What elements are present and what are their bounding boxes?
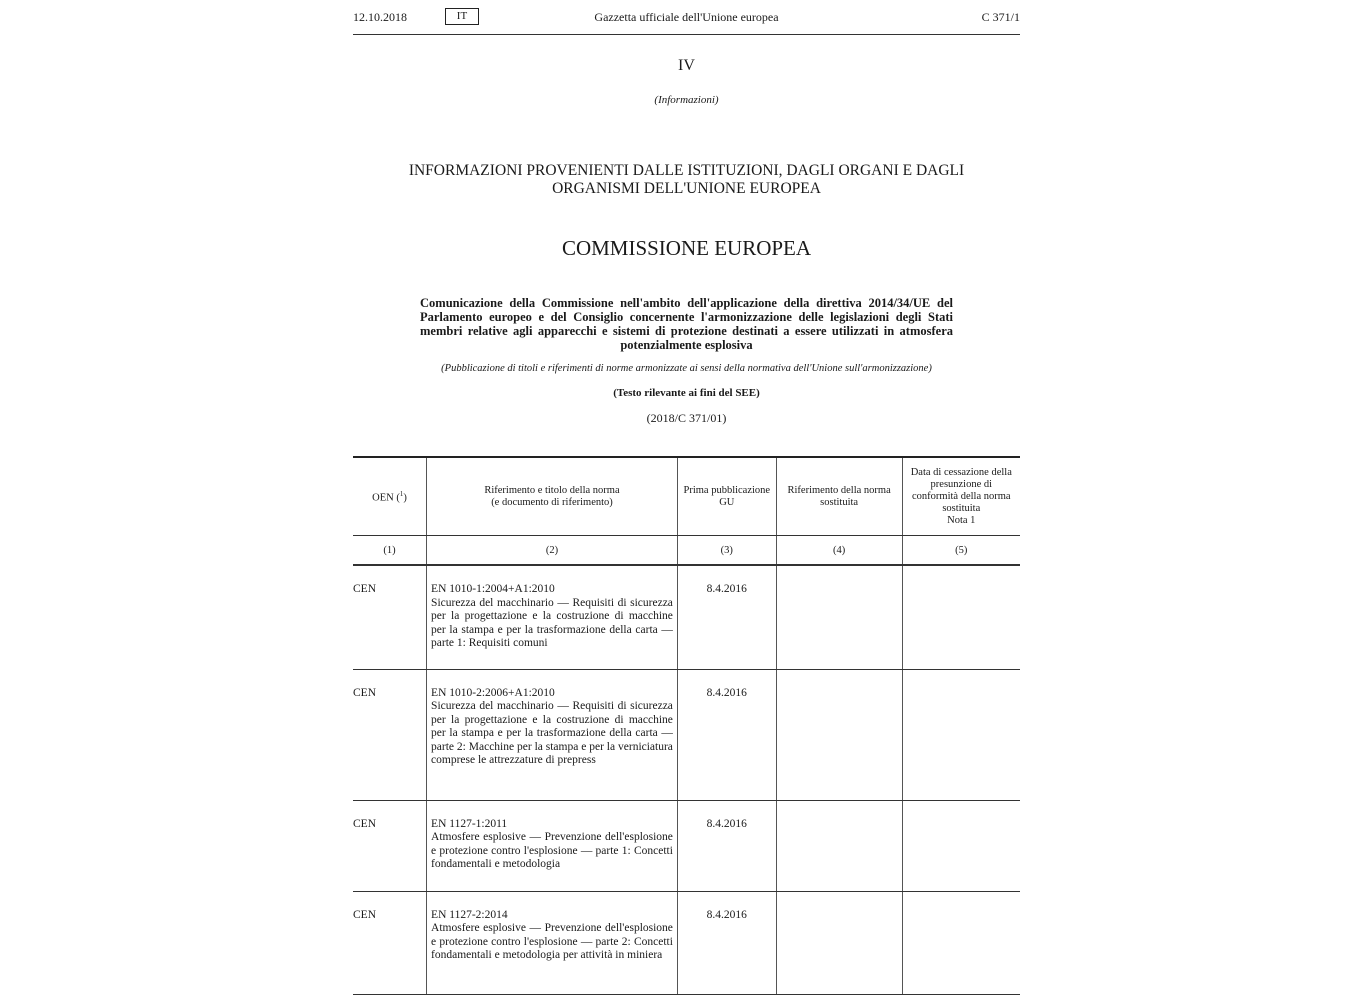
oen-cell: CEN bbox=[353, 891, 427, 994]
table-row: CEN EN 1010-1:2004+A1:2010 Sicurezza del… bbox=[353, 565, 1020, 669]
standard-code: EN 1127-1:2011 bbox=[431, 818, 673, 832]
standard-title: Atmosfere esplosive — Prevenzione dell'e… bbox=[431, 831, 673, 870]
journal-title: Gazzetta ufficiale dell'Unione europea bbox=[353, 10, 1020, 25]
replaced-reference-cell bbox=[776, 565, 902, 669]
issue-number: C 371/1 bbox=[982, 10, 1020, 25]
cessation-date-cell bbox=[902, 669, 1020, 800]
cessation-date-cell bbox=[902, 891, 1020, 994]
column-number: (5) bbox=[902, 536, 1020, 566]
standard-cell: EN 1010-1:2004+A1:2010 Sicurezza del mac… bbox=[427, 565, 678, 669]
communication-title: Comunicazione della Commissione nell'amb… bbox=[420, 296, 953, 352]
cessation-date-cell bbox=[902, 800, 1020, 891]
replaced-reference-cell bbox=[776, 891, 902, 994]
harmonised-standards-table: OEN (1) Riferimento e titolo della norma… bbox=[353, 456, 1020, 995]
header-reference-title: Riferimento e titolo della norma(e docum… bbox=[427, 457, 678, 536]
document-reference: (2018/C 371/01) bbox=[353, 411, 1020, 426]
header-cessation-date: Data di cessazione della presunzione di … bbox=[902, 457, 1020, 536]
replaced-reference-cell bbox=[776, 669, 902, 800]
oen-cell: CEN bbox=[353, 565, 427, 669]
first-publication-cell: 8.4.2016 bbox=[677, 891, 776, 994]
oen-cell: CEN bbox=[353, 669, 427, 800]
column-number: (4) bbox=[776, 536, 902, 566]
column-number: (3) bbox=[677, 536, 776, 566]
table-row: CEN EN 1127-1:2011 Atmosfere esplosive —… bbox=[353, 800, 1020, 891]
section-subtitle: (Informazioni) bbox=[353, 94, 1020, 106]
replaced-reference-cell bbox=[776, 800, 902, 891]
header-first-publication: Prima pubblicazioneGU bbox=[677, 457, 776, 536]
table-row: CEN EN 1010-2:2006+A1:2010 Sicurezza del… bbox=[353, 669, 1020, 800]
first-publication-cell: 8.4.2016 bbox=[677, 669, 776, 800]
page-header: 12.10.2018 IT Gazzetta ufficiale dell'Un… bbox=[353, 0, 1020, 35]
table-header-row: OEN (1) Riferimento e titolo della norma… bbox=[353, 457, 1020, 536]
publication-note: (Pubblicazione di titoli e riferimenti d… bbox=[353, 363, 1020, 374]
first-publication-cell: 8.4.2016 bbox=[677, 565, 776, 669]
table-row: CEN EN 1127-2:2014 Atmosfere esplosive —… bbox=[353, 891, 1020, 994]
column-number-row: (1) (2) (3) (4) (5) bbox=[353, 536, 1020, 566]
standard-code: EN 1127-2:2014 bbox=[431, 909, 673, 923]
standard-cell: EN 1010-2:2006+A1:2010 Sicurezza del mac… bbox=[427, 669, 678, 800]
section-number: IV bbox=[353, 57, 1020, 75]
standard-cell: EN 1127-2:2014 Atmosfere esplosive — Pre… bbox=[427, 891, 678, 994]
standard-cell: EN 1127-1:2011 Atmosfere esplosive — Pre… bbox=[427, 800, 678, 891]
standard-title: Sicurezza del macchinario — Requisiti di… bbox=[431, 700, 673, 766]
column-number: (1) bbox=[353, 536, 427, 566]
first-publication-cell: 8.4.2016 bbox=[677, 800, 776, 891]
standard-code: EN 1010-1:2004+A1:2010 bbox=[431, 583, 673, 597]
cessation-date-cell bbox=[902, 565, 1020, 669]
institutions-heading: INFORMAZIONI PROVENIENTI DALLE ISTITUZIO… bbox=[393, 162, 980, 198]
footnote-ref[interactable]: 1 bbox=[400, 490, 404, 498]
header-replaced-reference: Riferimento della normasostituita bbox=[776, 457, 902, 536]
column-number: (2) bbox=[427, 536, 678, 566]
standard-title: Sicurezza del macchinario — Requisiti di… bbox=[431, 597, 673, 650]
body-heading: COMMISSIONE EUROPEA bbox=[353, 236, 1020, 261]
oen-cell: CEN bbox=[353, 800, 427, 891]
standard-title: Atmosfere esplosive — Prevenzione dell'e… bbox=[431, 922, 673, 961]
eea-relevance: (Testo rilevante ai fini del SEE) bbox=[353, 387, 1020, 399]
standard-code: EN 1010-2:2006+A1:2010 bbox=[431, 687, 673, 701]
header-oen: OEN (1) bbox=[353, 457, 427, 536]
